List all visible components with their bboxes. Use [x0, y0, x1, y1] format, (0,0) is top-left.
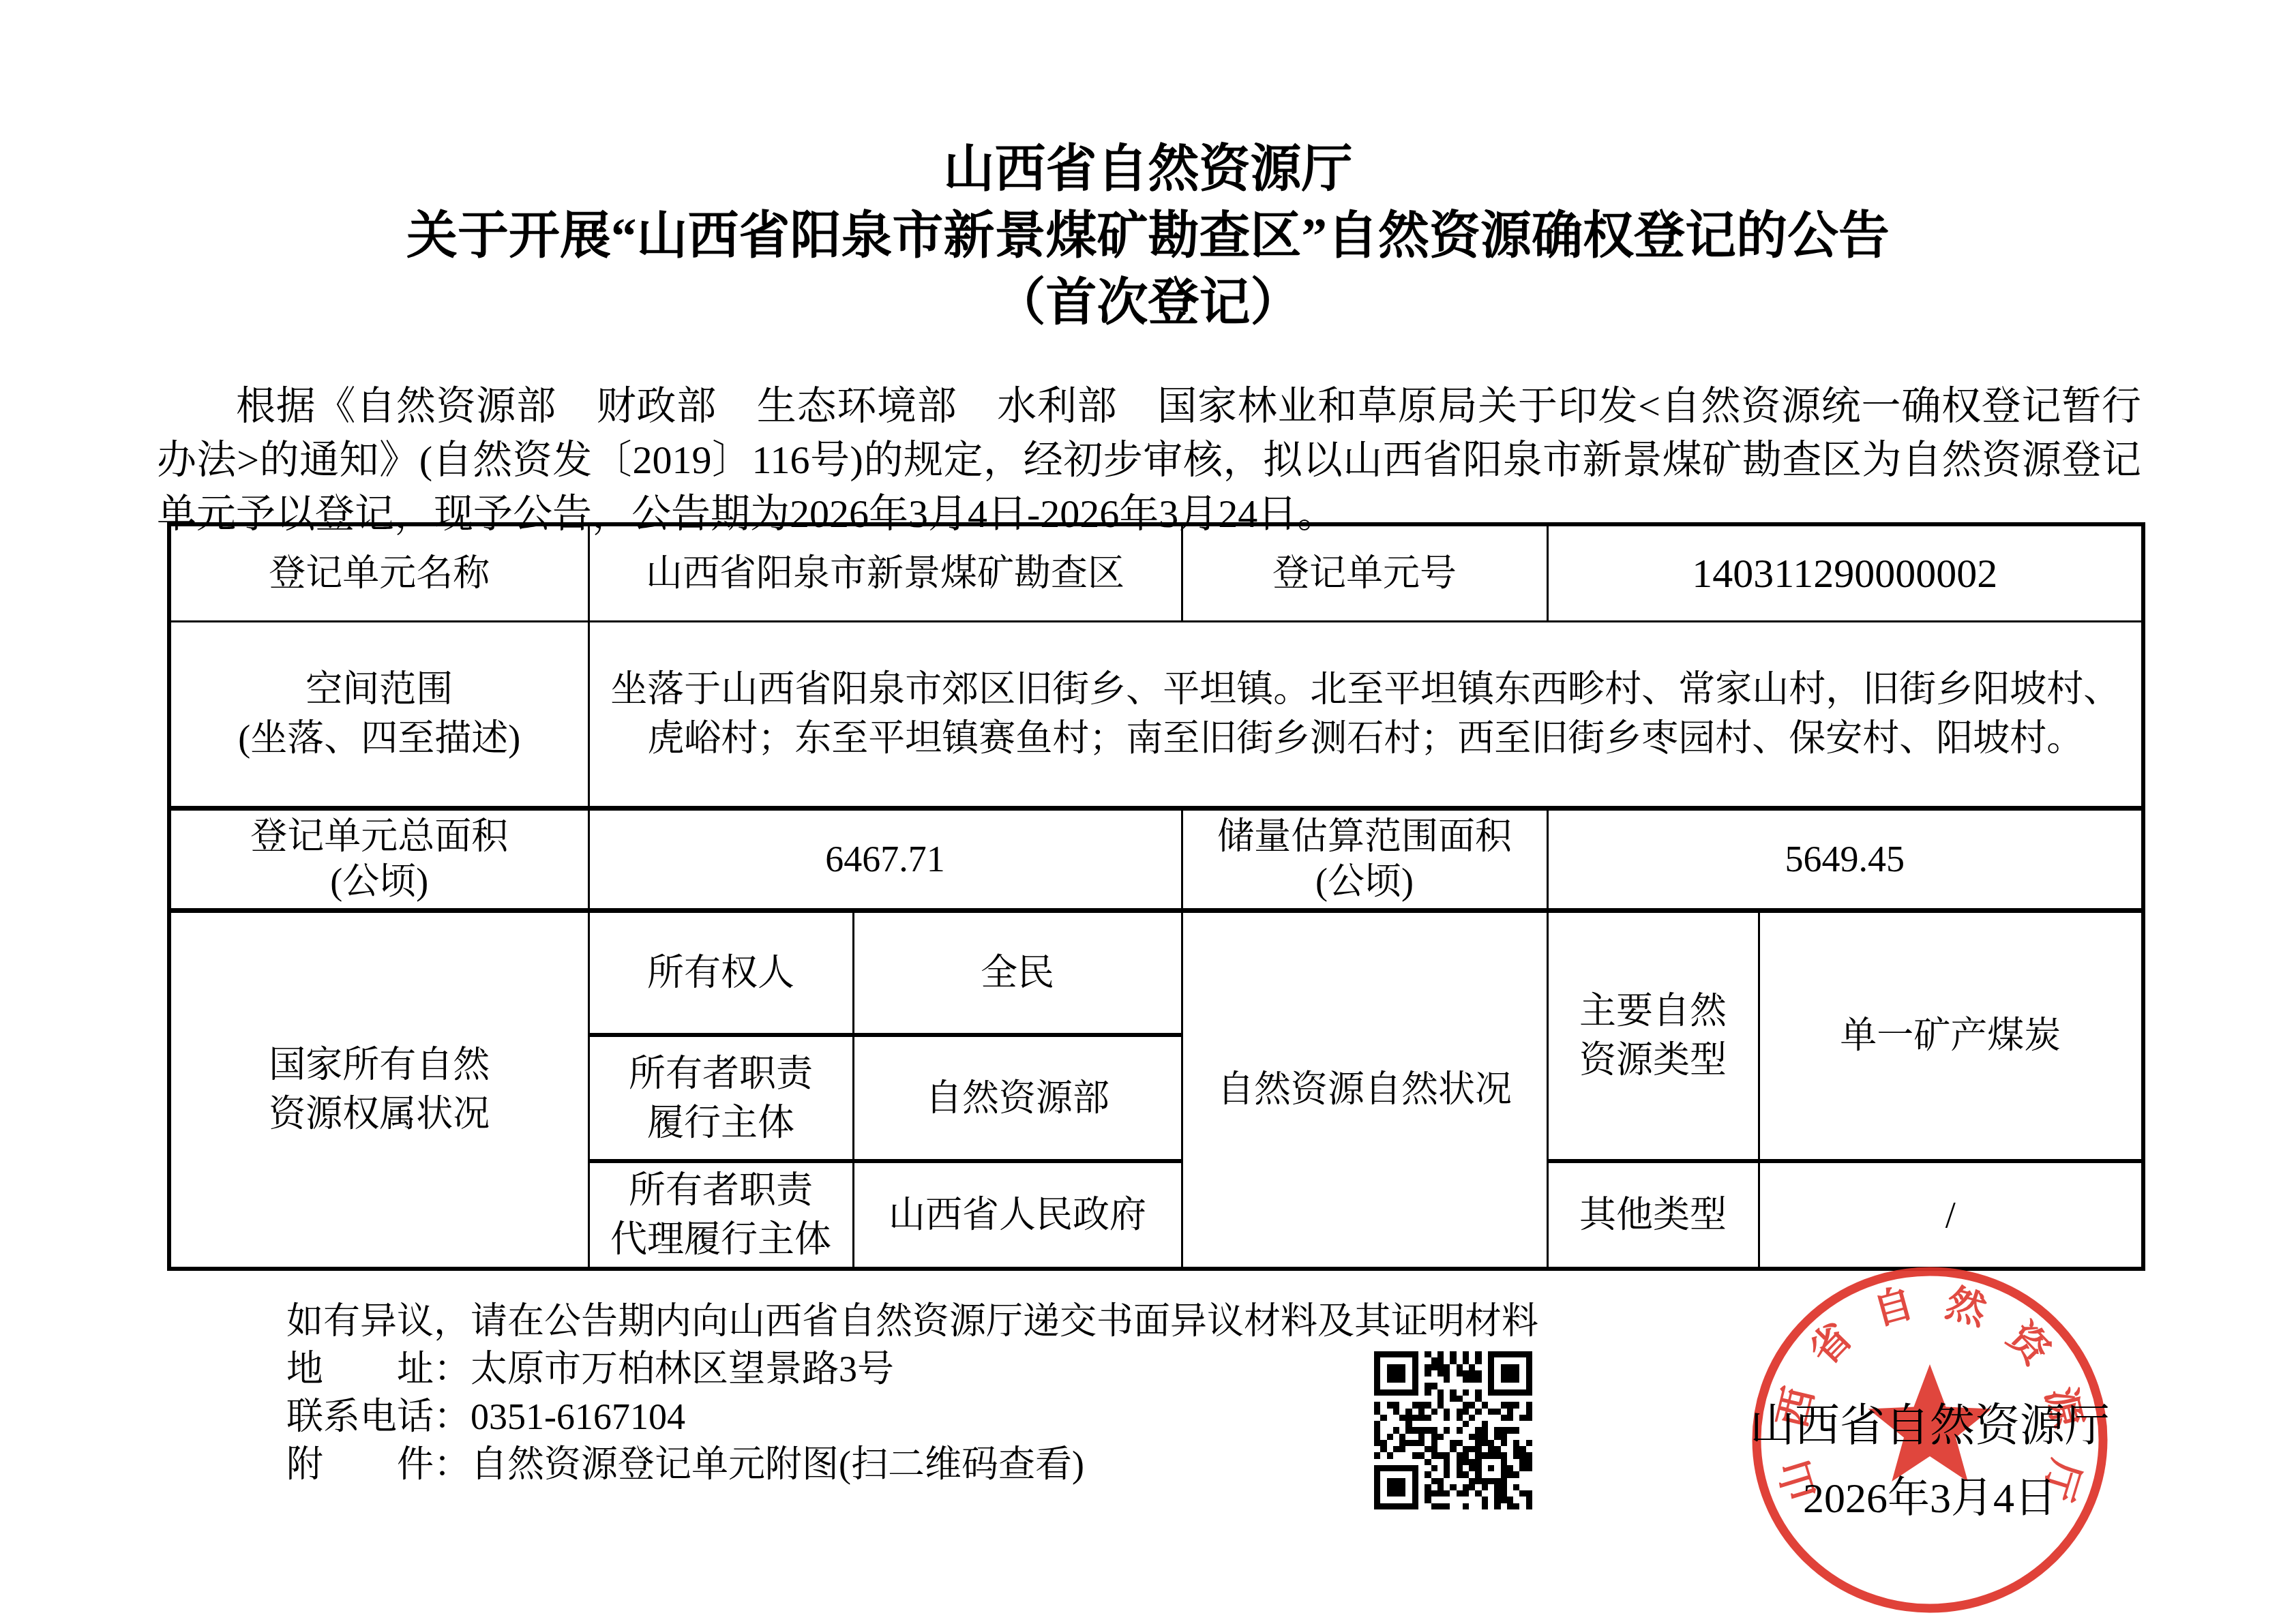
intro-paragraph: 根据《自然资源部 财政部 生态环境部 水利部 国家林业和草原局关于印发<自然资源… — [157, 379, 2141, 541]
other-type-value: / — [1759, 1161, 2143, 1269]
seal-star-icon — [1868, 1364, 1992, 1482]
total-area-label: 登记单元总面积 (公顷) — [169, 808, 588, 910]
official-seal: 山西省自然资源厅 山西省自然资源厅 2026年3月4日 — [1743, 1261, 2117, 1624]
duty-label: 所有者职责 履行主体 — [588, 1035, 853, 1161]
agency-title: 山西省自然资源厅 — [0, 136, 2296, 203]
svg-text:山: 山 — [1771, 1455, 1825, 1505]
svg-text:省: 省 — [1801, 1314, 1860, 1374]
main-type-value: 单一矿产煤炭 — [1759, 910, 2143, 1161]
table-row-unit: 登记单元名称 山西省阳泉市新景煤矿勘查区 登记单元号 1403112900000… — [169, 524, 2143, 621]
footer-block: 如有异议，请在公告期内向山西省自然资源厅递交书面异议材料及其证明材料 地 址：太… — [286, 1297, 1538, 1488]
objection-note: 如有异议，请在公告期内向山西省自然资源厅递交书面异议材料及其证明材料 — [286, 1297, 1538, 1345]
table-row-area: 登记单元总面积 (公顷) 6467.71 储量估算范围面积 (公顷) 5649.… — [169, 808, 2143, 910]
seal-date-text: 2026年3月4日 — [1743, 1475, 2117, 1522]
qr-code-icon — [1374, 1351, 1532, 1509]
scope-label: 空间范围 (坐落、四至描述) — [169, 621, 588, 808]
table-row-scope: 空间范围 (坐落、四至描述) 坐落于山西省阳泉市郊区旧街乡、平坦镇。北至平坦镇东… — [169, 621, 2143, 808]
owner-label: 所有权人 — [588, 910, 853, 1035]
seal-org-text: 山西省自然资源厅 — [1743, 1402, 2117, 1451]
phone-line: 联系电话：0351-6167104 — [286, 1393, 1538, 1441]
svg-text:然: 然 — [1941, 1280, 1992, 1334]
phone-label: 联系电话： — [286, 1396, 471, 1437]
table-row-owner: 国家所有自然 资源权属状况 所有权人 全民 自然资源自然状况 主要自然 资源类型… — [169, 910, 2143, 1035]
attachment-label: 附 件： — [286, 1444, 471, 1485]
svg-text:源: 源 — [2038, 1383, 2090, 1433]
svg-text:厅: 厅 — [2035, 1455, 2089, 1505]
unit-name-label: 登记单元名称 — [169, 524, 588, 621]
total-area-value: 6467.71 — [588, 808, 1182, 910]
document-page: 山西省自然资源厅 关于开展“山西省阳泉市新景煤矿勘查区”自然资源确权登记的公告 … — [0, 0, 2296, 1624]
ownership-status-label: 国家所有自然 资源权属状况 — [169, 910, 588, 1269]
unit-no-label: 登记单元号 — [1182, 524, 1547, 621]
title-block: 山西省自然资源厅 关于开展“山西省阳泉市新景煤矿勘查区”自然资源确权登记的公告 … — [0, 136, 2296, 337]
nature-status-label: 自然资源自然状况 — [1182, 910, 1547, 1269]
duty-value: 自然资源部 — [853, 1035, 1182, 1161]
seal-ring — [1757, 1272, 2103, 1608]
other-type-label: 其他类型 — [1547, 1161, 1759, 1269]
reserve-area-label: 储量估算范围面积 (公顷) — [1182, 808, 1547, 910]
main-type-label: 主要自然 资源类型 — [1547, 910, 1759, 1161]
reserve-area-value: 5649.45 — [1547, 808, 2143, 910]
unit-no-value: 140311290000002 — [1547, 524, 2143, 621]
address-value: 太原市万柏林区望景路3号 — [471, 1349, 894, 1389]
attachment-line: 附 件：自然资源登记单元附图(扫二维码查看) — [286, 1441, 1538, 1488]
agent-label: 所有者职责 代理履行主体 — [588, 1161, 853, 1269]
agent-value: 山西省人民政府 — [853, 1161, 1182, 1269]
scope-value: 坐落于山西省阳泉市郊区旧街乡、平坦镇。北至平坦镇东西畛村、常家山村，旧街乡阳坡村… — [588, 621, 2143, 808]
attachment-value: 自然资源登记单元附图(扫二维码查看) — [471, 1444, 1084, 1485]
registration-type-subtitle: （首次登记） — [0, 270, 2296, 337]
svg-text:自: 自 — [1868, 1280, 1918, 1334]
seal-ring-text: 山西省自然资源厅 — [1770, 1280, 2090, 1505]
announcement-title: 关于开展“山西省阳泉市新景煤矿勘查区”自然资源确权登记的公告 — [0, 203, 2296, 270]
registration-table: 登记单元名称 山西省阳泉市新景煤矿勘查区 登记单元号 1403112900000… — [167, 522, 2145, 1271]
svg-text:西: 西 — [1770, 1383, 1822, 1432]
address-label: 地 址： — [286, 1349, 471, 1389]
unit-name-value: 山西省阳泉市新景煤矿勘查区 — [588, 524, 1182, 621]
owner-value: 全民 — [853, 910, 1182, 1035]
address-line: 地 址：太原市万柏林区望景路3号 — [286, 1345, 1538, 1393]
svg-text:资: 资 — [1999, 1314, 2059, 1374]
phone-value: 0351-6167104 — [471, 1396, 685, 1437]
seal-graphic: 山西省自然资源厅 — [1743, 1261, 2117, 1624]
